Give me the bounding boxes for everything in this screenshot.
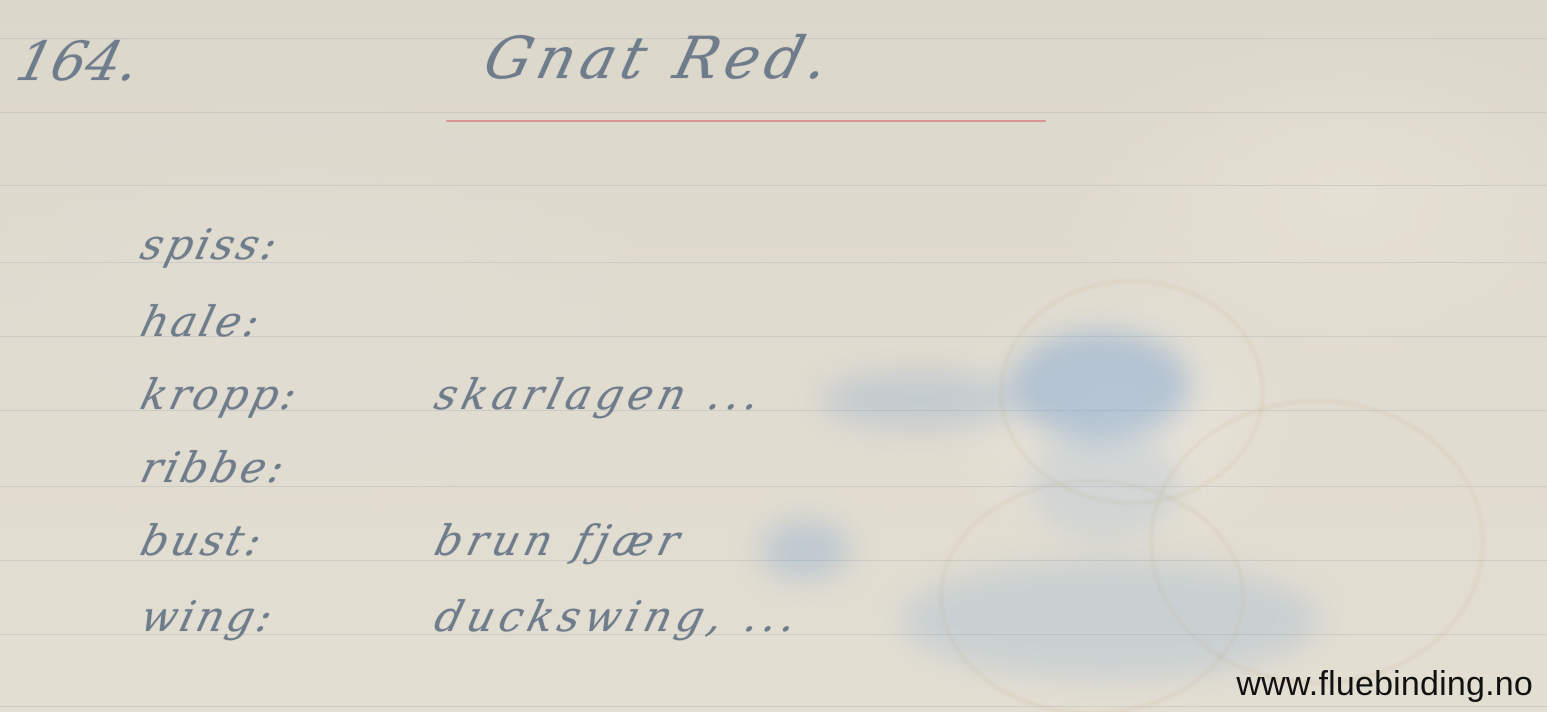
field-label-wing: wing: [136,592,281,641]
field-value-kropp: skarlagen ... [430,370,770,419]
ruled-line [0,706,1547,707]
card-title: Gnat Red. [478,24,843,92]
field-label-spiss: spiss: [136,220,285,269]
ruled-line [0,112,1547,113]
field-value-wing: duckswing, ... [430,592,807,641]
field-label-ribbe: ribbe: [136,443,293,492]
ruled-line [0,185,1547,186]
field-value-bust: brun fjær [430,516,690,565]
field-label-bust: bust: [136,516,270,565]
site-watermark: www.fluebinding.no [1236,665,1533,704]
title-underline [446,120,1046,122]
field-label-hale: hale: [136,297,268,346]
field-label-kropp: kropp: [136,370,305,419]
entry-number: 164. [10,30,146,93]
